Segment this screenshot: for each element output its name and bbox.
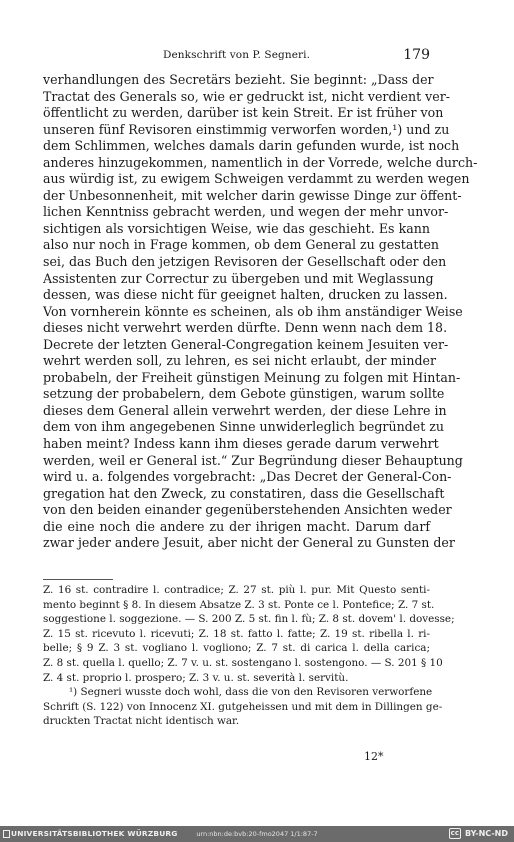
footnote-line: Schrift (S. 122) von Innocenz XI. gutgeh… — [43, 700, 430, 715]
body-line: dem von ihm angegebenen Sinne unwiderleg… — [43, 419, 430, 436]
body-line: Assistenten zur Correctur zu übergeben u… — [43, 271, 430, 288]
body-line: dem Schlimmen, welches damals darin gefu… — [43, 138, 430, 155]
license-badge[interactable]: cc BY-NC-ND — [449, 828, 508, 839]
body-line: sichtigen als vorsichtigen Weise, wie da… — [43, 221, 430, 238]
corrigenda-line: soggestione l. soggezione. — S. 200 Z. 5… — [43, 612, 430, 627]
body-line: Von vornherein könnte es scheinen, als o… — [43, 304, 430, 321]
body-line: wehrt werden soll, zu lehren, es sei nic… — [43, 353, 430, 370]
footer-bar: UNIVERSITÄTSBIBLIOTHEK WÜRZBURG urn:nbn:… — [0, 826, 514, 842]
body-line: zwar jeder andere Jesuit, aber nicht der… — [43, 535, 430, 552]
body-line: verhandlungen des Secretärs bezieht. Sie… — [43, 72, 430, 89]
body-line: Decrete der letzten General-Congregation… — [43, 337, 430, 354]
corrigenda-line: Z. 16 st. contradire l. contradice; Z. 2… — [43, 583, 430, 598]
footnote-rule — [43, 579, 113, 580]
body-line: dieses nicht verwehrt werden dürfte. Den… — [43, 320, 430, 337]
body-line: der Unbesonnenheit, mit welcher darin ge… — [43, 188, 430, 205]
license-text: BY-NC-ND — [465, 829, 508, 838]
body-line: Tractat des Generals so, wie er gedruckt… — [43, 89, 430, 106]
body-line: öffentlicht zu werden, darüber ist kein … — [43, 105, 430, 122]
corrigenda-line: belle; § 9 Z. 3 st. vogliano l. vogliono… — [43, 641, 430, 656]
body-line: probabeln, der Freiheit günstigen Meinun… — [43, 370, 430, 387]
body-line: anderes hinzugekommen, namentlich in der… — [43, 155, 430, 172]
body-line: dessen, was diese nicht für geeignet hal… — [43, 287, 430, 304]
body-line: gregation hat den Zweck, zu constatiren,… — [43, 486, 430, 503]
page-number: 179 — [403, 47, 430, 63]
body-text: verhandlungen des Secretärs bezieht. Sie… — [43, 72, 430, 552]
footnote-line: druckten Tractat nicht identisch war. — [43, 714, 430, 729]
body-line: werden, weil er General ist.“ Zur Begrün… — [43, 453, 430, 470]
scanned-page: Denkschrift von P. Segneri. 179 verhandl… — [0, 0, 514, 826]
body-line: lichen Kenntniss gebracht werden, und we… — [43, 204, 430, 221]
running-head: Denkschrift von P. Segneri. 179 — [43, 47, 430, 65]
footnote-line: ¹) Segneri wusste doch wohl, dass die vo… — [43, 685, 430, 700]
body-line: dieses dem General allein verwehrt werde… — [43, 403, 430, 420]
corrigenda-line: Z. 4 st. proprio l. prospero; Z. 3 v. u.… — [43, 671, 430, 686]
corrigenda-line: mento beginnt § 8. In diesem Absatze Z. … — [43, 598, 430, 613]
body-line: setzung der probabelern, dem Gebote güns… — [43, 386, 430, 403]
body-line: aus würdig ist, zu ewigem Schweigen verd… — [43, 171, 430, 188]
body-line: von den beiden einander gegenüberstehend… — [43, 502, 430, 519]
cc-icon: cc — [449, 828, 461, 839]
body-line: also nur noch in Frage kommen, ob dem Ge… — [43, 237, 430, 254]
footnotes: Z. 16 st. contradire l. contradice; Z. 2… — [43, 583, 430, 729]
urn-link[interactable]: urn:nbn:de:bvb:20-fmo2047 1/1:87-7 — [0, 830, 514, 838]
running-title: Denkschrift von P. Segneri. — [43, 49, 430, 61]
body-line: haben meint? Indess kann ihm dieses gera… — [43, 436, 430, 453]
corrigenda-line: Z. 15 st. ricevuto l. ricevuti; Z. 18 st… — [43, 627, 430, 642]
signature-mark: 12* — [364, 750, 384, 763]
body-line: sei, das Buch den jetzigen Revisoren der… — [43, 254, 430, 271]
corrigenda-line: Z. 8 st. quella l. quello; Z. 7 v. u. st… — [43, 656, 430, 671]
body-line: die eine noch die andere zu der ihrigen … — [43, 519, 430, 536]
body-line: wird u. a. folgendes vorgebracht: „Das D… — [43, 469, 430, 486]
body-line: unseren fünf Revisoren einstimmig verwor… — [43, 122, 430, 139]
